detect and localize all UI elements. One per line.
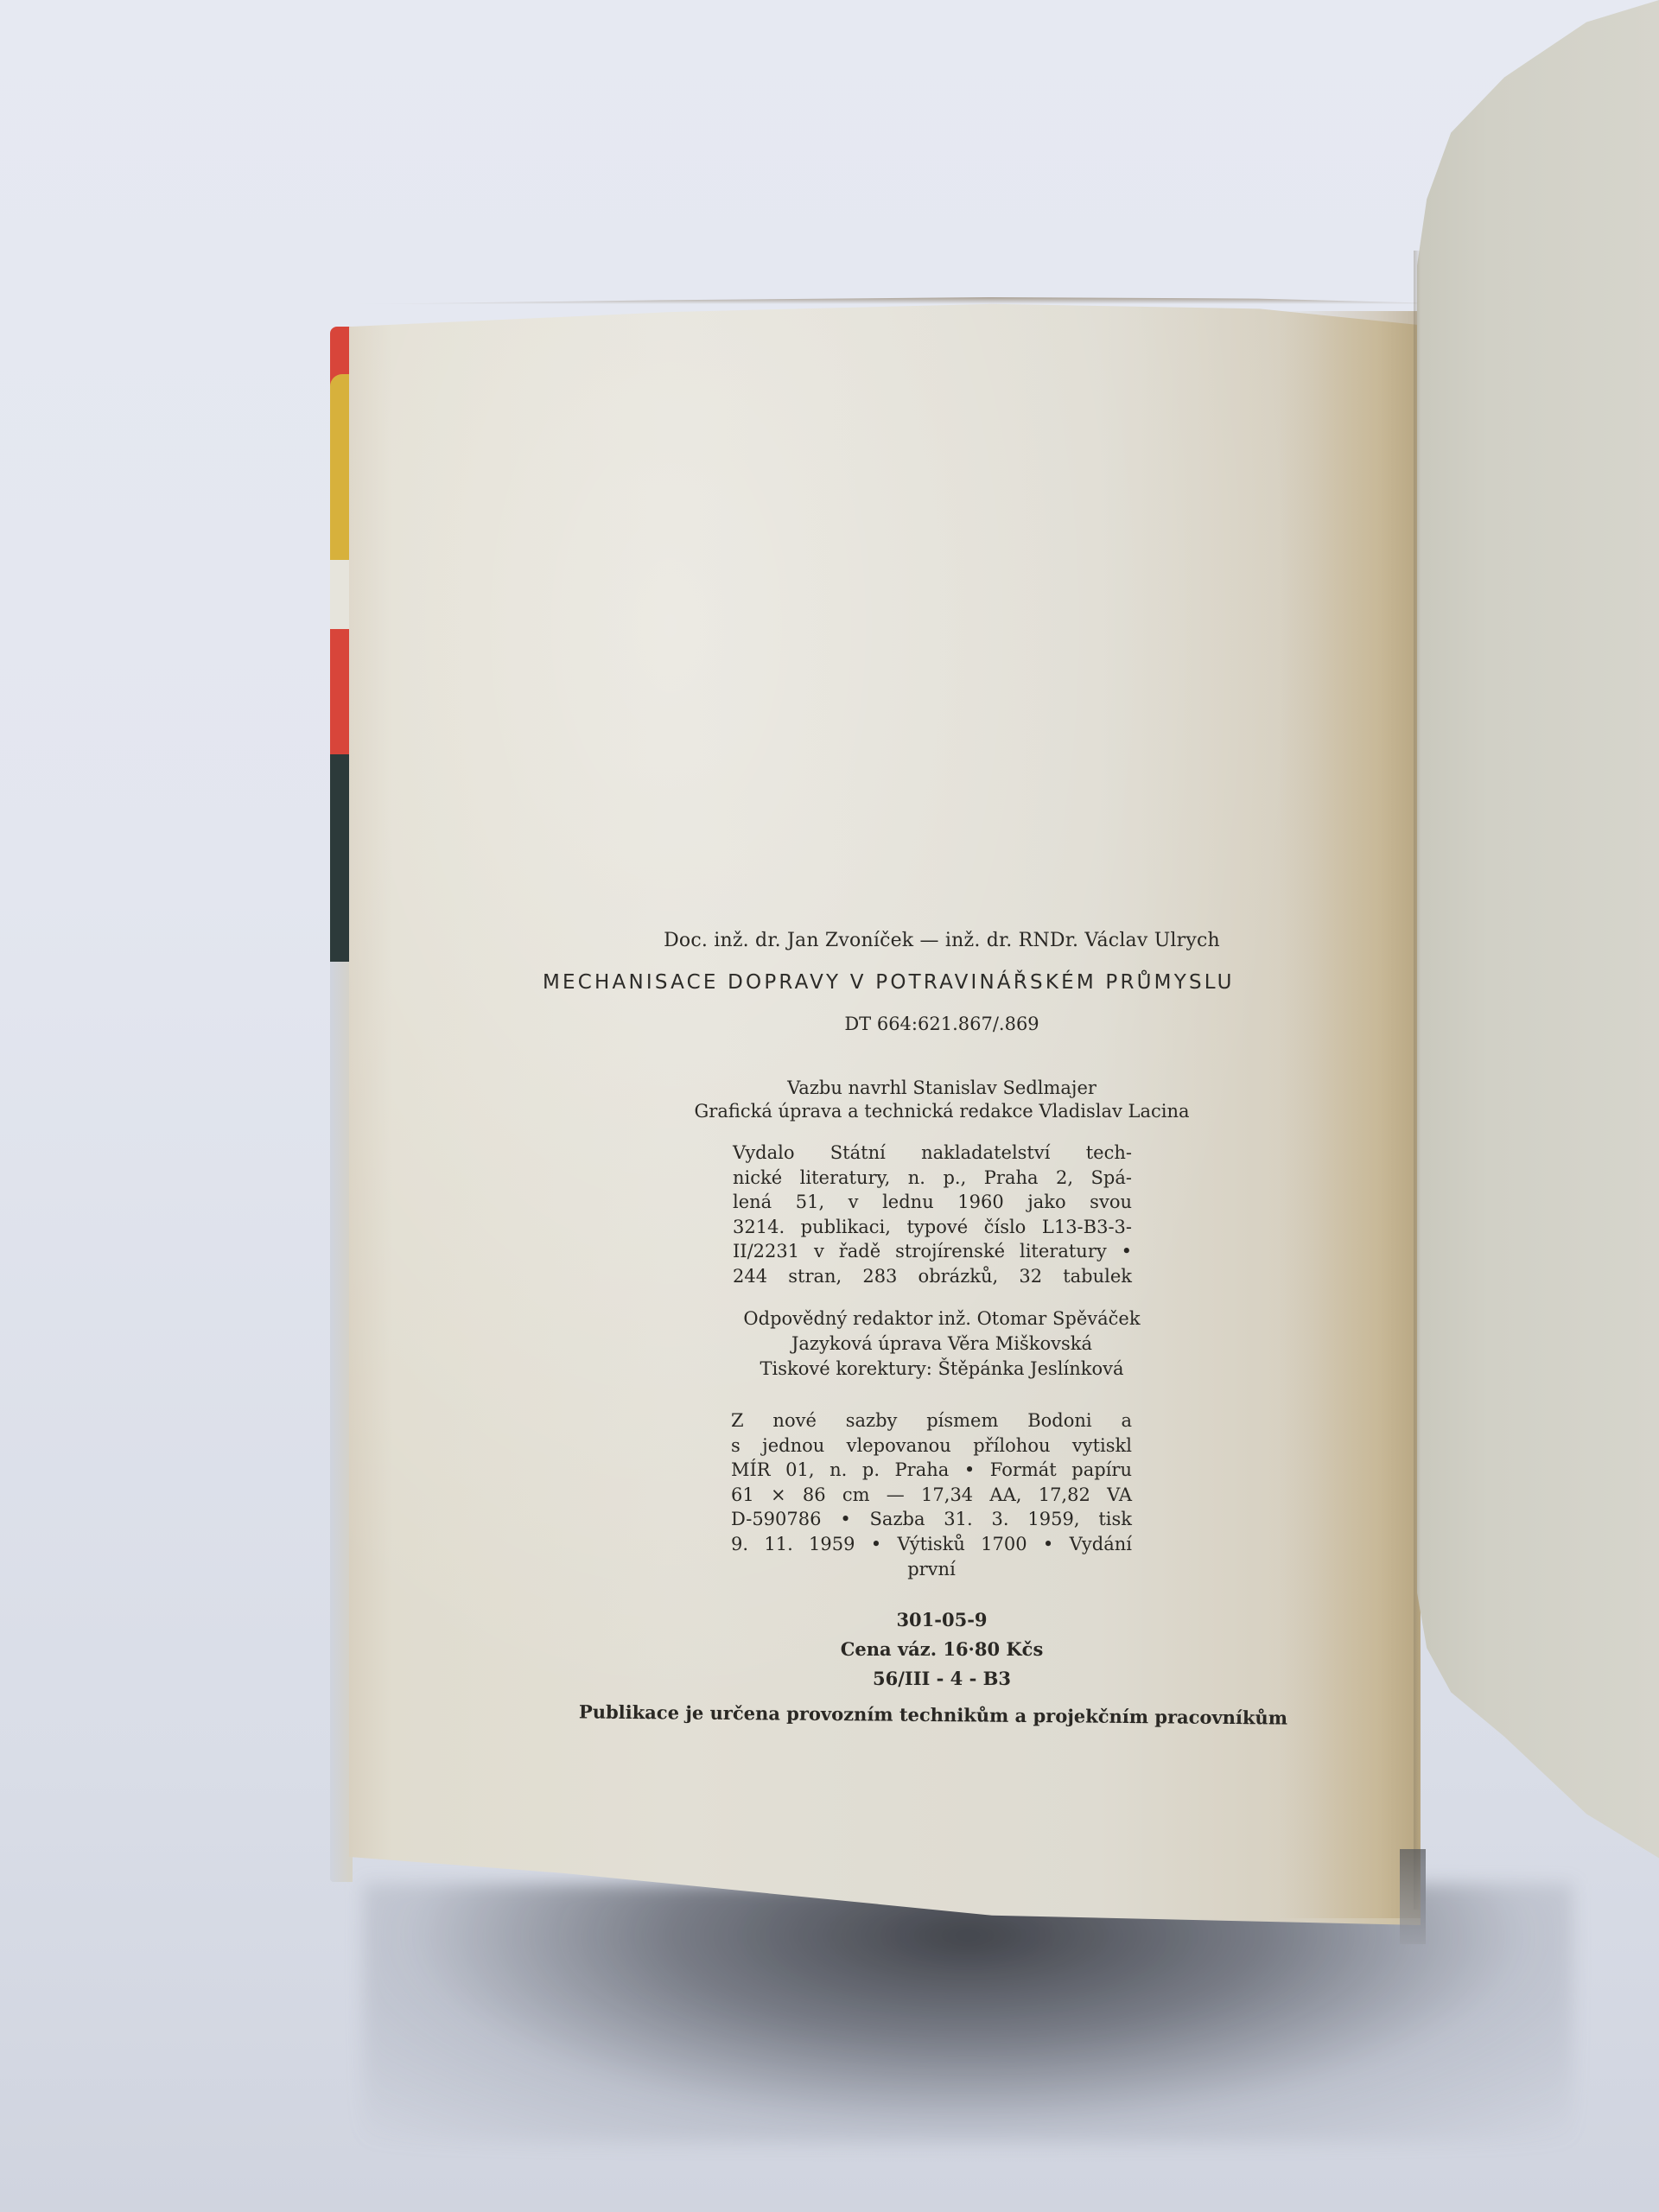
publisher-line: II/2231 v řadě strojírenské literatury • xyxy=(733,1239,1132,1264)
dt-classification: DT 664:621.867/.869 xyxy=(536,1014,1348,1034)
printing-line: Z nové sazby písmem Bodoni a xyxy=(731,1408,1132,1433)
responsible-editor: Odpovědný redaktor inž. Otomar Spěváček xyxy=(553,1306,1331,1332)
publisher-line: 3214. publikaci, typové číslo L13-B3-3- xyxy=(733,1215,1132,1240)
printing-line: D-590786 • Sazba 31. 3. 1959, tisk xyxy=(731,1507,1132,1532)
publisher-line: nické literatury, n. p., Praha 2, Spá- xyxy=(733,1166,1132,1191)
right-raised-page xyxy=(1417,0,1659,2212)
printing-line: 9. 11. 1959 • Výtisků 1700 • Vydání xyxy=(731,1532,1132,1557)
authors-line: Doc. inž. dr. Jan Zvoníček — inž. dr. RN… xyxy=(536,930,1348,951)
headband xyxy=(1400,1849,1426,1944)
price: Cena váz. 16·80 Kčs xyxy=(553,1635,1331,1664)
binding-credit: Vazbu navrhl Stanislav Sedlmajer xyxy=(553,1077,1331,1100)
design-credits: Vazbu navrhl Stanislav Sedlmajer Grafick… xyxy=(553,1077,1331,1123)
printing-line: MÍR 01, n. p. Praha • Formát papíru xyxy=(731,1458,1132,1483)
series-code: 56/III - 4 - B3 xyxy=(553,1664,1331,1694)
layout-credit: Grafická úprava a technická redakce Vlad… xyxy=(553,1100,1331,1123)
proofreader: Tiskové korektury: Štěpánka Jeslínková xyxy=(553,1357,1331,1382)
publisher-line: lená 51, v lednu 1960 jako svou xyxy=(733,1190,1132,1215)
page-top-edge xyxy=(354,297,1417,304)
publisher-line: Vydalo Státní nakladatelství tech- xyxy=(733,1141,1132,1166)
right-page-edge xyxy=(1414,251,1421,1910)
publisher-block: Vydalo Státní nakladatelství tech- nické… xyxy=(733,1141,1132,1289)
book-title: MECHANISACE DOPRAVY V POTRAVINÁŘSKÉM PRŮ… xyxy=(543,971,1320,994)
editors-block: Odpovědný redaktor inž. Otomar Spěváček … xyxy=(553,1306,1331,1382)
printing-block: Z nové sazby písmem Bodoni a s jednou vl… xyxy=(731,1408,1132,1581)
printing-line: první xyxy=(731,1557,1132,1582)
price-codes: 301-05-9 Cena váz. 16·80 Kčs 56/III - 4 … xyxy=(553,1605,1331,1694)
printing-line: s jednou vlepovanou přílohou vytiskl xyxy=(731,1433,1132,1459)
catalog-number: 301-05-9 xyxy=(553,1605,1331,1635)
language-editor: Jazyková úprava Věra Miškovská xyxy=(553,1332,1331,1357)
publisher-line: 244 stran, 283 obrázků, 32 tabulek xyxy=(733,1264,1132,1289)
printing-line: 61 × 86 cm — 17,34 AA, 17,82 VA xyxy=(731,1483,1132,1508)
